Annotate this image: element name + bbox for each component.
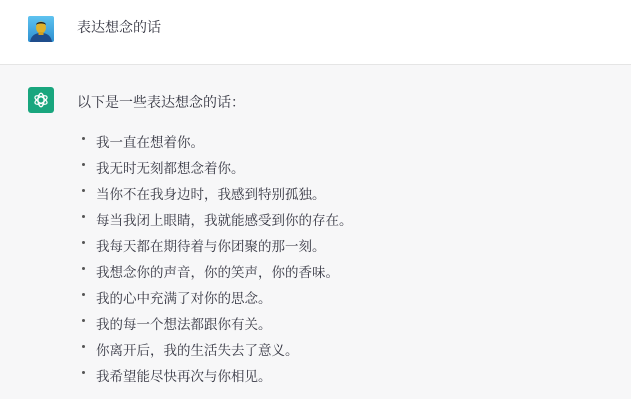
user-photo-icon — [28, 16, 54, 42]
list-item-text: 我想念你的声音，你的笑声，你的香味。 — [96, 265, 339, 281]
list-item: 我的每一个想法都跟你有关。 — [77, 316, 353, 342]
user-message-text: 表达想念的话 — [77, 19, 161, 37]
list-item-text: 我每天都在期待着与你团聚的那一刻。 — [96, 239, 326, 255]
list-item: 我的心中充满了对你的思念。 — [77, 290, 353, 316]
list-item-text: 每当我闭上眼睛，我就能感受到你的存在。 — [96, 213, 353, 229]
list-item: 我一直在想着你。 — [77, 134, 353, 160]
list-item-text: 我一直在想着你。 — [96, 135, 204, 151]
list-item-text: 我的每一个想法都跟你有关。 — [96, 317, 272, 333]
bullet-icon — [82, 267, 85, 270]
list-item: 我无时无刻都想念着你。 — [77, 160, 353, 186]
assistant-intro-text: 以下是一些表达想念的话： — [77, 94, 245, 112]
bullet-icon — [82, 371, 85, 374]
bullet-icon — [82, 189, 85, 192]
list-item: 你离开后，我的生活失去了意义。 — [77, 342, 353, 368]
bullet-icon — [82, 163, 85, 166]
openai-logo-icon — [32, 91, 50, 109]
list-item-text: 我希望能尽快再次与你相见。 — [96, 369, 272, 385]
bullet-icon — [82, 215, 85, 218]
bullet-icon — [82, 293, 85, 296]
list-item: 我希望能尽快再次与你相见。 — [77, 368, 353, 394]
list-item-text: 你离开后，我的生活失去了意义。 — [96, 343, 299, 359]
bullet-icon — [82, 319, 85, 322]
phrase-list: 我一直在想着你。 我无时无刻都想念着你。 当你不在我身边时，我感到特别孤独。 每… — [77, 134, 353, 394]
assistant-message-row: 以下是一些表达想念的话： 我一直在想着你。 我无时无刻都想念着你。 当你不在我身… — [0, 66, 631, 399]
list-item: 我每天都在期待着与你团聚的那一刻。 — [77, 238, 353, 264]
list-item: 当你不在我身边时，我感到特别孤独。 — [77, 186, 353, 212]
user-message-row: 表达想念的话 — [0, 0, 631, 65]
bullet-icon — [82, 345, 85, 348]
user-avatar — [28, 16, 54, 42]
list-item-text: 我的心中充满了对你的思念。 — [96, 291, 272, 307]
list-item: 我想念你的声音，你的笑声，你的香味。 — [77, 264, 353, 290]
list-item-text: 当你不在我身边时，我感到特别孤独。 — [96, 187, 326, 203]
bullet-icon — [82, 137, 85, 140]
bullet-icon — [82, 241, 85, 244]
list-item: 每当我闭上眼睛，我就能感受到你的存在。 — [77, 212, 353, 238]
list-item-text: 我无时无刻都想念着你。 — [96, 161, 245, 177]
assistant-avatar — [28, 87, 54, 113]
